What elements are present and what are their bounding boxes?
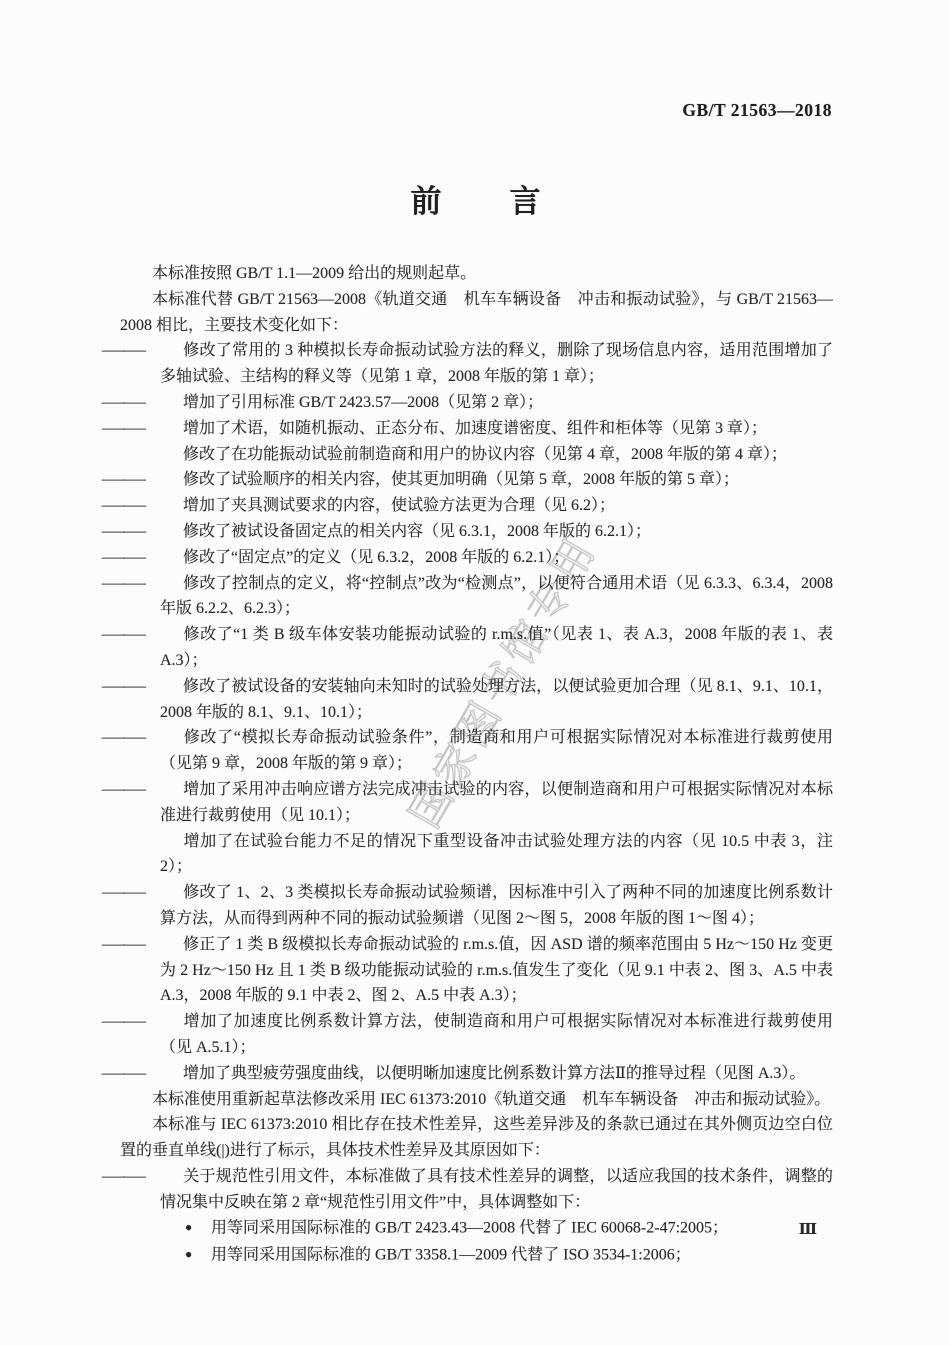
- item-text: 增加了在试验台能力不足的情况下重型设备冲击试验处理方法的内容（见 10.5 中表…: [160, 833, 833, 876]
- change-list-item: ——修改了被试设备固定点的相关内容（见 6.3.1，2008 年版的 6.2.1…: [120, 519, 833, 545]
- dash-marker: ——: [136, 571, 203, 597]
- change-list-item: ——增加了术语，如随机振动、正态分布、加速度谱密度、组件和柜体等（见第 3 章）…: [120, 416, 833, 442]
- change-list-item: ——修改了 1、2、3 类模拟长寿命振动试验频谱，因标准中引入了两种不同的加速度…: [120, 880, 833, 932]
- change-list-item: ——修改了被试设备的安装轴向未知时的试验处理方法，以便试验更加合理（见 8.1、…: [120, 674, 833, 726]
- dash-marker: ——: [136, 725, 203, 751]
- item-text: 修改了试验顺序的相关内容，使其更加明确（见第 5 章，2008 年版的第 5 章…: [183, 471, 739, 488]
- standard-code: GB/T 21563—2018: [682, 100, 832, 121]
- item-text: 增加了典型疲劳强度曲线，以便明晰加速度比例系数计算方法Ⅱ的推导过程（见图 A.3…: [183, 1065, 805, 1082]
- dash-marker: ——: [136, 519, 203, 545]
- foreword-paragraph: 本标准使用重新起草法修改采用 IEC 61373:2010《轨道交通 机车车辆设…: [120, 1087, 833, 1113]
- item-text: 增加了引用标准 GB/T 2423.57—2008（见第 2 章）；: [183, 394, 543, 411]
- change-list-item: ——修改了试验顺序的相关内容，使其更加明确（见第 5 章，2008 年版的第 5…: [120, 467, 833, 493]
- dash-marker: ——: [136, 1061, 203, 1087]
- adjustment-bullet-item: ●用等同采用国际标准的 GB/T 3358.1—2009 代替了 ISO 353…: [120, 1242, 833, 1268]
- dash-marker: ——: [136, 493, 203, 519]
- change-list-item: ——增加了在试验台能力不足的情况下重型设备冲击试验处理方法的内容（见 10.5 …: [120, 829, 833, 881]
- bullet-marker: ●: [185, 1242, 211, 1268]
- item-text: 修改了常用的 3 种模拟长寿命振动试验方法的释义，删除了现场信息内容，适用范围增…: [160, 342, 833, 385]
- bullet-marker: ●: [185, 1215, 211, 1241]
- foreword-paragraph: 本标准代替 GB/T 21563—2008《轨道交通 机车车辆设备 冲击和振动试…: [120, 287, 833, 339]
- foreword-paragraph: 本标准按照 GB/T 1.1—2009 给出的规则起草。: [120, 261, 833, 287]
- change-list-item: ——增加了典型疲劳强度曲线，以便明晰加速度比例系数计算方法Ⅱ的推导过程（见图 A…: [120, 1061, 833, 1087]
- dash-marker: ——: [136, 932, 203, 958]
- change-list-item: ——修正了 1 类 B 级模拟长寿命振动试验的 r.m.s.值，因 ASD 谱的…: [120, 932, 833, 1009]
- dash-marker: ——: [136, 880, 203, 906]
- item-text: 修改了 1、2、3 类模拟长寿命振动试验频谱，因标准中引入了两种不同的加速度比例…: [160, 884, 833, 927]
- item-text: 增加了术语，如随机振动、正态分布、加速度谱密度、组件和柜体等（见第 3 章）；: [183, 420, 767, 437]
- change-list-item: ——增加了引用标准 GB/T 2423.57—2008（见第 2 章）；: [120, 390, 833, 416]
- item-text: 增加了加速度比例系数计算方法，使制造商和用户可根据实际情况对本标准进行裁剪使用（…: [160, 1013, 833, 1056]
- item-text: 增加了夹具测试要求的内容，使试验方法更为合理（见 6.2）；: [183, 497, 615, 514]
- item-text: 关于规范性引用文件，本标准做了具有技术性差异的调整，以适应我国的技术条件，调整的…: [160, 1168, 833, 1211]
- item-text: 用等同采用国际标准的 GB/T 2423.43—2008 代替了 IEC 600…: [211, 1220, 728, 1237]
- change-list-item: ——增加了加速度比例系数计算方法，使制造商和用户可根据实际情况对本标准进行裁剪使…: [120, 1009, 833, 1061]
- change-list-item: ——关于规范性引用文件，本标准做了具有技术性差异的调整，以适应我国的技术条件，调…: [120, 1164, 833, 1216]
- dash-marker: ——: [136, 1009, 203, 1035]
- change-list-item: ——修改了“固定点”的定义（见 6.3.2，2008 年版的 6.2.1）；: [120, 545, 833, 571]
- item-text: 用等同采用国际标准的 GB/T 3358.1—2009 代替了 ISO 3534…: [211, 1246, 691, 1263]
- item-text: 修改了被试设备固定点的相关内容（见 6.3.1，2008 年版的 6.2.1）；: [183, 523, 651, 540]
- item-text: 修改了在功能振动试验前制造商和用户的协议内容（见第 4 章，2008 年版的第 …: [183, 446, 787, 463]
- dash-marker: ——: [136, 545, 203, 571]
- item-text: 修改了控制点的定义，将“控制点”改为“检测点”，以便符合通用术语（见 6.3.3…: [160, 575, 833, 618]
- item-text: 修改了“模拟长寿命振动试验条件”，制造商和用户可根据实际情况对本标准进行裁剪使用…: [160, 729, 833, 772]
- item-text: 修正了 1 类 B 级模拟长寿命振动试验的 r.m.s.值，因 ASD 谱的频率…: [160, 936, 833, 1005]
- dash-marker: ——: [136, 674, 203, 700]
- change-list-item: ——修改了“模拟长寿命振动试验条件”，制造商和用户可根据实际情况对本标准进行裁剪…: [120, 725, 833, 777]
- item-text: 修改了“1 类 B 级车体安装功能振动试验的 r.m.s.值”（见表 1、表 A…: [160, 626, 833, 669]
- dash-marker: ——: [136, 777, 203, 803]
- change-list-item: ——修改了在功能振动试验前制造商和用户的协议内容（见第 4 章，2008 年版的…: [120, 442, 833, 468]
- change-list-item: ——增加了采用冲击响应谱方法完成冲击试验的内容，以便制造商和用户可根据实际情况对…: [120, 777, 833, 829]
- change-list-item: ——修改了“1 类 B 级车体安装功能振动试验的 r.m.s.值”（见表 1、表…: [120, 622, 833, 674]
- item-text: 修改了被试设备的安装轴向未知时的试验处理方法，以便试验更加合理（见 8.1、9.…: [160, 678, 833, 721]
- dash-marker: ——: [136, 390, 203, 416]
- dash-marker: ——: [136, 1164, 203, 1190]
- change-list-item: ——修改了常用的 3 种模拟长寿命振动试验方法的释义，删除了现场信息内容，适用范…: [120, 338, 833, 390]
- change-list-item: ——修改了控制点的定义，将“控制点”改为“检测点”，以便符合通用术语（见 6.3…: [120, 571, 833, 623]
- document-page: GB/T 21563—2018 前 言 国家图书馆专用 本标准按照 GB/T 1…: [0, 0, 950, 1345]
- item-text: 增加了采用冲击响应谱方法完成冲击试验的内容，以便制造商和用户可根据实际情况对本标…: [160, 781, 833, 824]
- foreword-paragraph: 本标准与 IEC 61373:2010 相比存在技术性差异，这些差异涉及的条款已…: [120, 1112, 833, 1164]
- page-number: Ⅲ: [799, 1220, 817, 1239]
- adjustment-bullet-item: ●用等同采用国际标准的 GB/T 2423.43—2008 代替了 IEC 60…: [120, 1215, 833, 1241]
- dash-marker: ——: [136, 338, 203, 364]
- item-text: 修改了“固定点”的定义（见 6.3.2，2008 年版的 6.2.1）；: [183, 549, 569, 566]
- dash-marker: ——: [136, 467, 203, 493]
- document-body: 本标准按照 GB/T 1.1—2009 给出的规则起草。本标准代替 GB/T 2…: [120, 261, 833, 1268]
- page-title: 前 言: [120, 176, 833, 221]
- change-list-item: ——增加了夹具测试要求的内容，使试验方法更为合理（见 6.2）；: [120, 493, 833, 519]
- dash-marker: ——: [136, 416, 203, 442]
- dash-marker: ——: [136, 622, 203, 648]
